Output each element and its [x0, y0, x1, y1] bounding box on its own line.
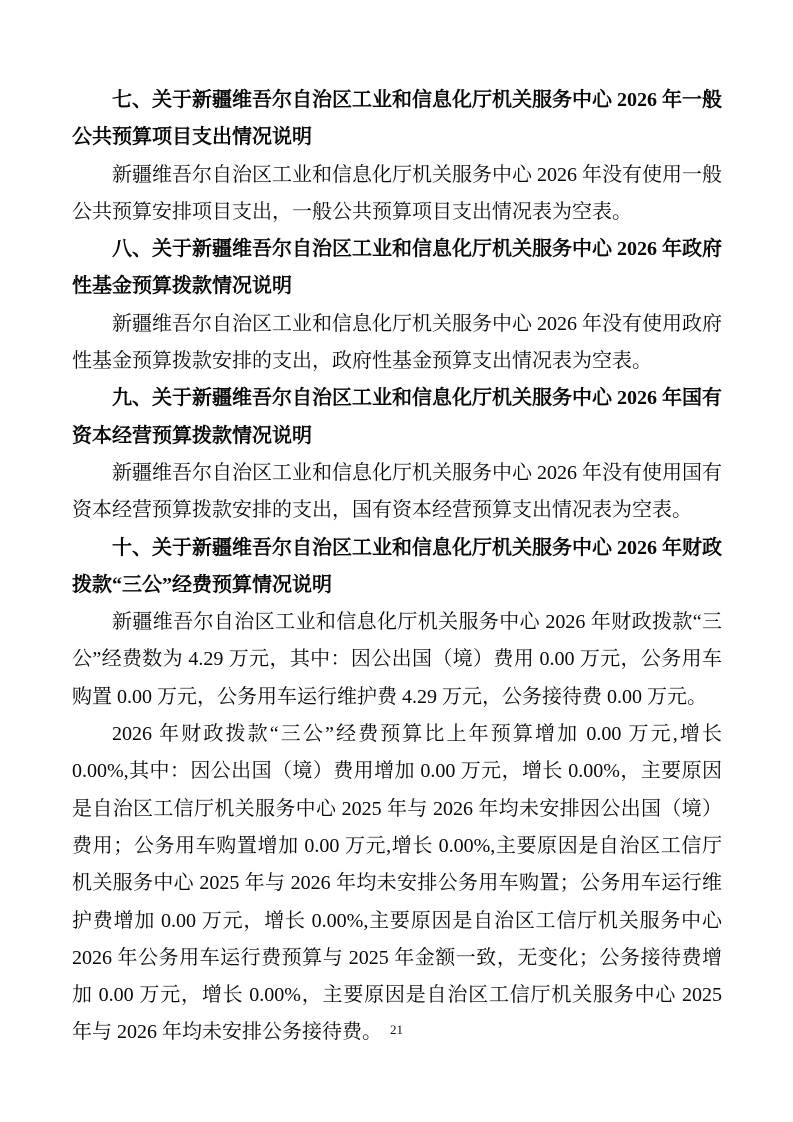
section-10-paragraph-1: 新疆维吾尔自治区工业和信息化厅机关服务中心 2026 年财政拨款“三公”经费数为…	[72, 604, 722, 716]
section-7-paragraph: 新疆维吾尔自治区工业和信息化厅机关服务中心 2026 年没有使用一般公共预算安排…	[72, 157, 722, 232]
section-9-heading: 九、关于新疆维吾尔自治区工业和信息化厅机关服务中心 2026 年国有资本经营预算…	[72, 380, 722, 455]
section-8-heading: 八、关于新疆维吾尔自治区工业和信息化厅机关服务中心 2026 年政府性基金预算拨…	[72, 231, 722, 306]
document-content: 七、关于新疆维吾尔自治区工业和信息化厅机关服务中心 2026 年一般公共预算项目…	[72, 82, 722, 1052]
section-9-paragraph: 新疆维吾尔自治区工业和信息化厅机关服务中心 2026 年没有使用国有资本经营预算…	[72, 455, 722, 530]
page-number: 21	[0, 1022, 793, 1038]
section-8-paragraph: 新疆维吾尔自治区工业和信息化厅机关服务中心 2026 年没有使用政府性基金预算拨…	[72, 306, 722, 381]
document-page: 七、关于新疆维吾尔自治区工业和信息化厅机关服务中心 2026 年一般公共预算项目…	[0, 0, 793, 1122]
section-10-paragraph-2: 2026 年财政拨款“三公”经费预算比上年预算增加 0.00 万元,增长 0.0…	[72, 716, 722, 1052]
section-7-heading: 七、关于新疆维吾尔自治区工业和信息化厅机关服务中心 2026 年一般公共预算项目…	[72, 82, 722, 157]
section-10-heading: 十、关于新疆维吾尔自治区工业和信息化厅机关服务中心 2026 年财政拨款“三公”…	[72, 530, 722, 605]
